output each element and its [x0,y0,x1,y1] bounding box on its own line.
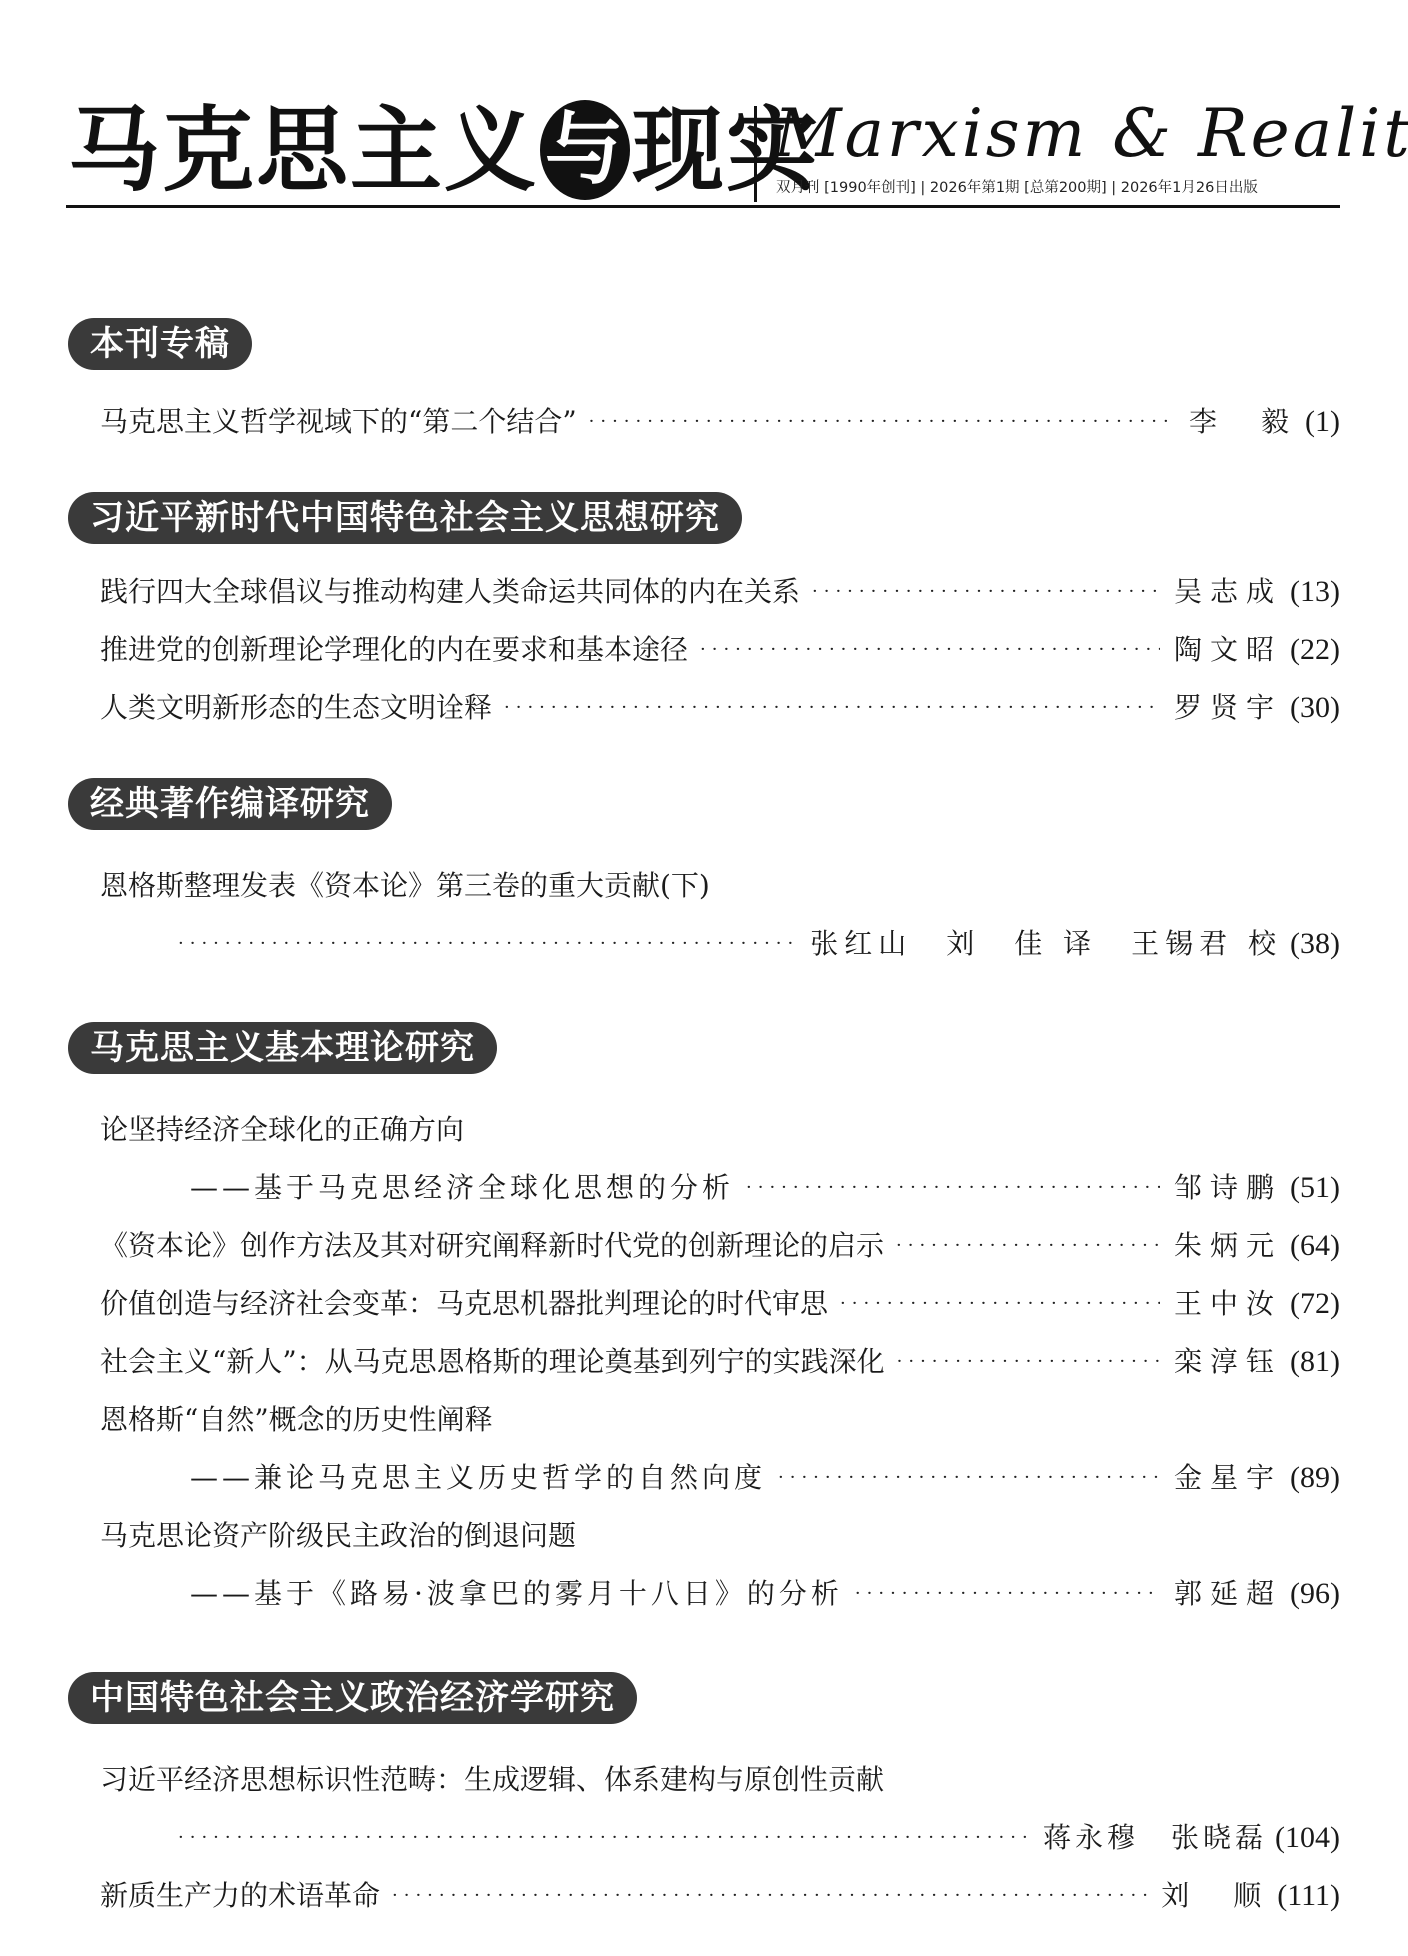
page-number: (51) [1282,1168,1340,1208]
article-subtitle: ——基于《路易·波拿巴的雾月十八日》的分析 [190,1574,855,1614]
article-title: 论坚持经济全球化的正确方向 [100,1110,464,1150]
article-title: 价值创造与经济社会变革：马克思机器批判理论的时代审思 [100,1284,840,1324]
section-heading: 马克思主义基本理论研究 [68,1022,497,1074]
article-author: 朱炳元 [1160,1226,1282,1266]
section-heading: 习近平新时代中国特色社会主义思想研究 [68,492,742,544]
leader-dots [840,1284,1160,1324]
article-author: 郭延超 [1160,1574,1282,1614]
toc-entry-subtitle[interactable]: ——基于《路易·波拿巴的雾月十八日》的分析 郭延超 (96) [190,1574,1340,1614]
article-title: 恩格斯“自然”概念的历史性阐释 [100,1400,493,1440]
toc-entry-continuation[interactable]: 张红山 刘 佳 译 王锡君 校 (38) [178,924,1340,964]
leader-dots [897,1342,1160,1382]
yu-circle-logo: 与 [540,100,630,200]
publication-info: 双月刊 [1990年创刊] | 2026年第1期 [总第200期] | 2026… [776,176,1258,197]
toc-entry[interactable]: 马克思主义哲学视域下的“第二个结合” 李 毅 (1) [100,402,1340,442]
page-number: (111) [1269,1876,1340,1916]
toc-entry-subtitle[interactable]: ——兼论马克思主义历史哲学的自然向度 金星宇 (89) [190,1458,1340,1498]
section-heading: 中国特色社会主义政治经济学研究 [68,1672,637,1724]
article-author: 邹诗鹏 [1160,1168,1282,1208]
section-heading: 经典著作编译研究 [68,778,392,830]
toc-entry[interactable]: 人类文明新形态的生态文明诠释 罗贤宇 (30) [100,688,1340,728]
article-subtitle: ——兼论马克思主义历史哲学的自然向度 [190,1458,778,1498]
toc-entry-continuation[interactable]: 蒋永穆 张晓磊 (104) [178,1818,1340,1858]
toc-entry[interactable]: 推进党的创新理论学理化的内在要求和基本途径 陶文昭 (22) [100,630,1340,670]
page-number: (1) [1297,402,1340,442]
article-subtitle: ——基于马克思经济全球化思想的分析 [190,1168,746,1208]
article-author: 罗贤宇 [1160,688,1282,728]
section-heading: 本刊专稿 [68,318,252,370]
page-number: (96) [1282,1574,1340,1614]
article-author: 王中汝 [1160,1284,1282,1324]
masthead: 马克思主义与现实 Marxism & Reality 双月刊 [1990年创刊]… [64,90,1340,208]
leader-dots [746,1168,1160,1208]
article-author: 李 毅 [1175,402,1297,442]
toc-entry[interactable]: 恩格斯整理发表《资本论》第三卷的重大贡献(下) [100,866,1340,906]
article-author: 金星宇 [1160,1458,1282,1498]
toc-entry[interactable]: 《资本论》创作方法及其对研究阐释新时代党的创新理论的启示 朱炳元 (64) [100,1226,1340,1266]
toc-entry[interactable]: 论坚持经济全球化的正确方向 [100,1110,1340,1150]
toc-entry[interactable]: 马克思论资产阶级民主政治的倒退问题 [100,1516,1340,1556]
toc-entry-subtitle[interactable]: ——基于马克思经济全球化思想的分析 邹诗鹏 (51) [190,1168,1340,1208]
article-title: 人类文明新形态的生态文明诠释 [100,688,504,728]
article-title: 践行四大全球倡议与推动构建人类命运共同体的内在关系 [100,572,812,612]
toc-entry[interactable]: 新质生产力的术语革命 刘 顺 (111) [100,1876,1340,1916]
page-number: (81) [1282,1342,1340,1382]
page-number: (38) [1282,924,1340,964]
article-title: 社会主义“新人”：从马克思恩格斯的理论奠基到列宁的实践深化 [100,1342,897,1382]
article-title: 习近平经济思想标识性范畴：生成逻辑、体系建构与原创性贡献 [100,1760,884,1800]
article-title: 《资本论》创作方法及其对研究阐释新时代党的创新理论的启示 [100,1226,896,1266]
article-title: 马克思主义哲学视域下的“第二个结合” [100,402,589,442]
leader-dots [178,924,796,964]
article-author: 刘 顺 [1147,1876,1269,1916]
toc-entry[interactable]: 恩格斯“自然”概念的历史性阐释 [100,1400,1340,1440]
article-author: 张红山 刘 佳 译 王锡君 校 [796,924,1282,964]
article-title: 马克思论资产阶级民主政治的倒退问题 [100,1516,576,1556]
leader-dots [778,1458,1160,1498]
page-number: (22) [1282,630,1340,670]
article-author: 蒋永穆 张晓磊 [1029,1818,1267,1858]
journal-title-en: Marxism & Reality [774,94,1408,174]
leader-dots [178,1818,1029,1858]
page-number: (89) [1282,1458,1340,1498]
page-number: (72) [1282,1284,1340,1324]
article-author: 栾淳钰 [1160,1342,1282,1382]
toc-entry[interactable]: 价值创造与经济社会变革：马克思机器批判理论的时代审思 王中汝 (72) [100,1284,1340,1324]
article-title: 推进党的创新理论学理化的内在要求和基本途径 [100,630,700,670]
toc-entry[interactable]: 社会主义“新人”：从马克思恩格斯的理论奠基到列宁的实践深化 栾淳钰 (81) [100,1342,1340,1382]
leader-dots [589,402,1175,442]
page-number: (64) [1282,1226,1340,1266]
article-title: 新质生产力的术语革命 [100,1876,392,1916]
article-title: 恩格斯整理发表《资本论》第三卷的重大贡献(下) [100,866,710,906]
article-author: 吴志成 [1160,572,1282,612]
title-divider [754,106,757,202]
leader-dots [392,1876,1147,1916]
leader-dots [504,688,1160,728]
leader-dots [700,630,1160,670]
page-number: (104) [1267,1818,1340,1858]
leader-dots [855,1574,1160,1614]
masthead-rule [66,205,1340,208]
journal-title-cn: 马克思主义与现实 [68,100,820,200]
article-author: 陶文昭 [1160,630,1282,670]
page-number: (30) [1282,688,1340,728]
toc-entry[interactable]: 践行四大全球倡议与推动构建人类命运共同体的内在关系 吴志成 (13) [100,572,1340,612]
leader-dots [896,1226,1160,1266]
leader-dots [812,572,1160,612]
toc-entry[interactable]: 习近平经济思想标识性范畴：生成逻辑、体系建构与原创性贡献 [100,1760,1340,1800]
page-number: (13) [1282,572,1340,612]
